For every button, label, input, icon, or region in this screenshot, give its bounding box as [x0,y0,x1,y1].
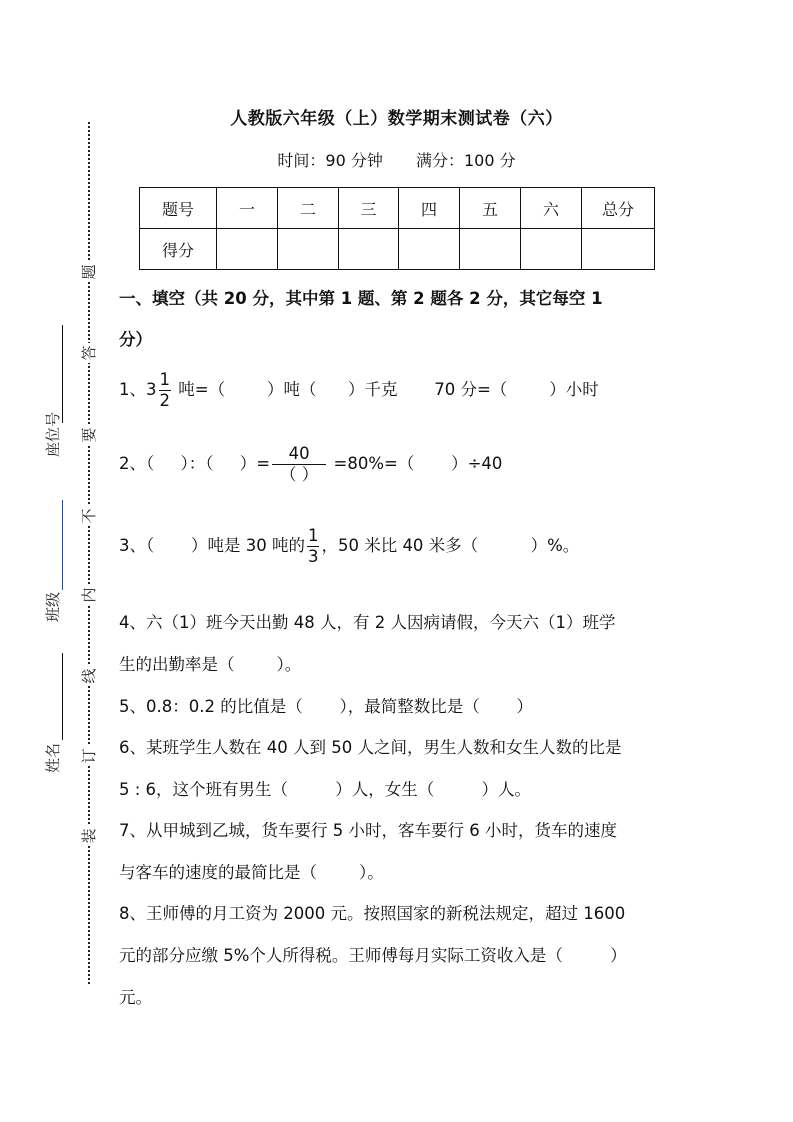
binding-word: 不 [79,506,99,526]
question-5: 5、0.8：0.2 的比值是（ ），最简整数比是（ ） [119,697,533,717]
score-cell[interactable] [460,229,521,270]
header-cell: 二 [278,188,339,229]
fraction-denominator: 3 [307,547,320,567]
header-cell: 三 [339,188,399,229]
header-cell: 五 [460,188,521,229]
name-label: 姓名 [43,743,63,773]
score-cell[interactable] [521,229,582,270]
exam-full-score: 满分：100 分 [416,151,516,170]
fraction-one-third: 13 [307,526,320,567]
exam-info: 时间：90 分钟 满分：100 分 [0,148,793,171]
score-cell[interactable] [582,229,655,270]
score-cell[interactable] [339,229,399,270]
score-cell[interactable] [278,229,339,270]
score-table-header-row: 题号 一 二 三 四 五 六 总分 [140,188,655,229]
section-heading-line2: 分） [119,326,152,350]
fraction-one-half: 12 [159,370,172,411]
binding-word: 要 [79,425,99,445]
header-cell: 四 [399,188,460,229]
question-4-line2: 生的出勤率是（ ）。 [119,655,301,675]
section-heading-line1: 一、填空（共 20 分，其中第 1 题、第 2 题各 2 分，其它每空 1 [119,285,603,309]
question-8-line2: 元的部分应缴 5%个人所得税。王师傅每月实际工资收入是（ ） [119,946,627,966]
question-2: 2、（ ）：（ ）=40（ ） =80%=（ ）÷40 [119,444,502,485]
q1-prefix: 1、3 [119,380,157,399]
binding-word: 题 [79,262,99,282]
q2-prefix: 2、（ ）：（ ）= [119,454,270,473]
fraction-forty-over-blank: 40（ ） [272,444,326,485]
header-cell: 总分 [582,188,655,229]
question-6-line2: 5 : 6，这个班有男生（ ）人，女生（ ）人。 [119,780,531,800]
fraction-numerator: 40 [272,444,326,465]
question-4-line1: 4、六（1）班今天出勤 48 人，有 2 人因病请假，今天六（1）班学 [119,613,615,633]
binding-word: 内 [79,585,99,605]
q2-rest: =80%=（ ）÷40 [328,454,502,473]
seat-number-line[interactable] [62,325,63,423]
exam-time: 时间：90 分钟 [277,151,382,170]
seat-number-label: 座位号 [43,427,63,457]
question-6-line1: 6、某班学生人数在 40 人到 50 人之间，男生人数和女生人数的比是 [119,738,621,758]
fraction-denominator: （ ） [272,465,326,485]
q1-rest: 吨=（ ）吨（ ）千克 70 分=（ ）小时 [173,380,599,399]
score-cell[interactable] [399,229,460,270]
binding-word: 答 [79,343,99,363]
header-cell: 一 [217,188,278,229]
binding-dotted-line [88,122,90,984]
score-cell[interactable] [217,229,278,270]
class-label: 班级 [43,592,63,622]
score-row-label: 得分 [140,229,217,270]
question-1: 1、312 吨=（ ）吨（ ）千克 70 分=（ ）小时 [119,370,599,411]
name-line[interactable] [62,653,63,740]
fraction-denominator: 2 [159,391,172,411]
q3-prefix: 3、（ ）吨是 30 吨的 [119,536,305,555]
question-8-line1: 8、王师傅的月工资为 2000 元。按照国家的新税法规定，超过 1600 [119,904,625,924]
binding-word: 线 [79,666,99,686]
page-title: 人教版六年级（上）数学期末测试卷（六） [0,104,793,129]
score-table: 题号 一 二 三 四 五 六 总分 得分 [139,187,655,270]
fraction-numerator: 1 [159,370,172,391]
header-cell: 六 [521,188,582,229]
question-8-line3: 元。 [119,988,152,1008]
fraction-numerator: 1 [307,526,320,547]
class-line[interactable] [62,500,63,590]
binding-word: 装 [79,826,99,846]
question-3: 3、（ ）吨是 30 吨的13，50 米比 40 米多（ ）%。 [119,526,579,567]
q3-rest: ，50 米比 40 米多（ ）%。 [321,536,579,555]
question-7-line1: 7、从甲城到乙城，货车要行 5 小时，客车要行 6 小时，货车的速度 [119,821,617,841]
score-table-score-row: 得分 [140,229,655,270]
header-cell: 题号 [140,188,217,229]
question-7-line2: 与客车的速度的最简比是（ ）。 [119,863,384,883]
binding-word: 订 [79,746,99,766]
